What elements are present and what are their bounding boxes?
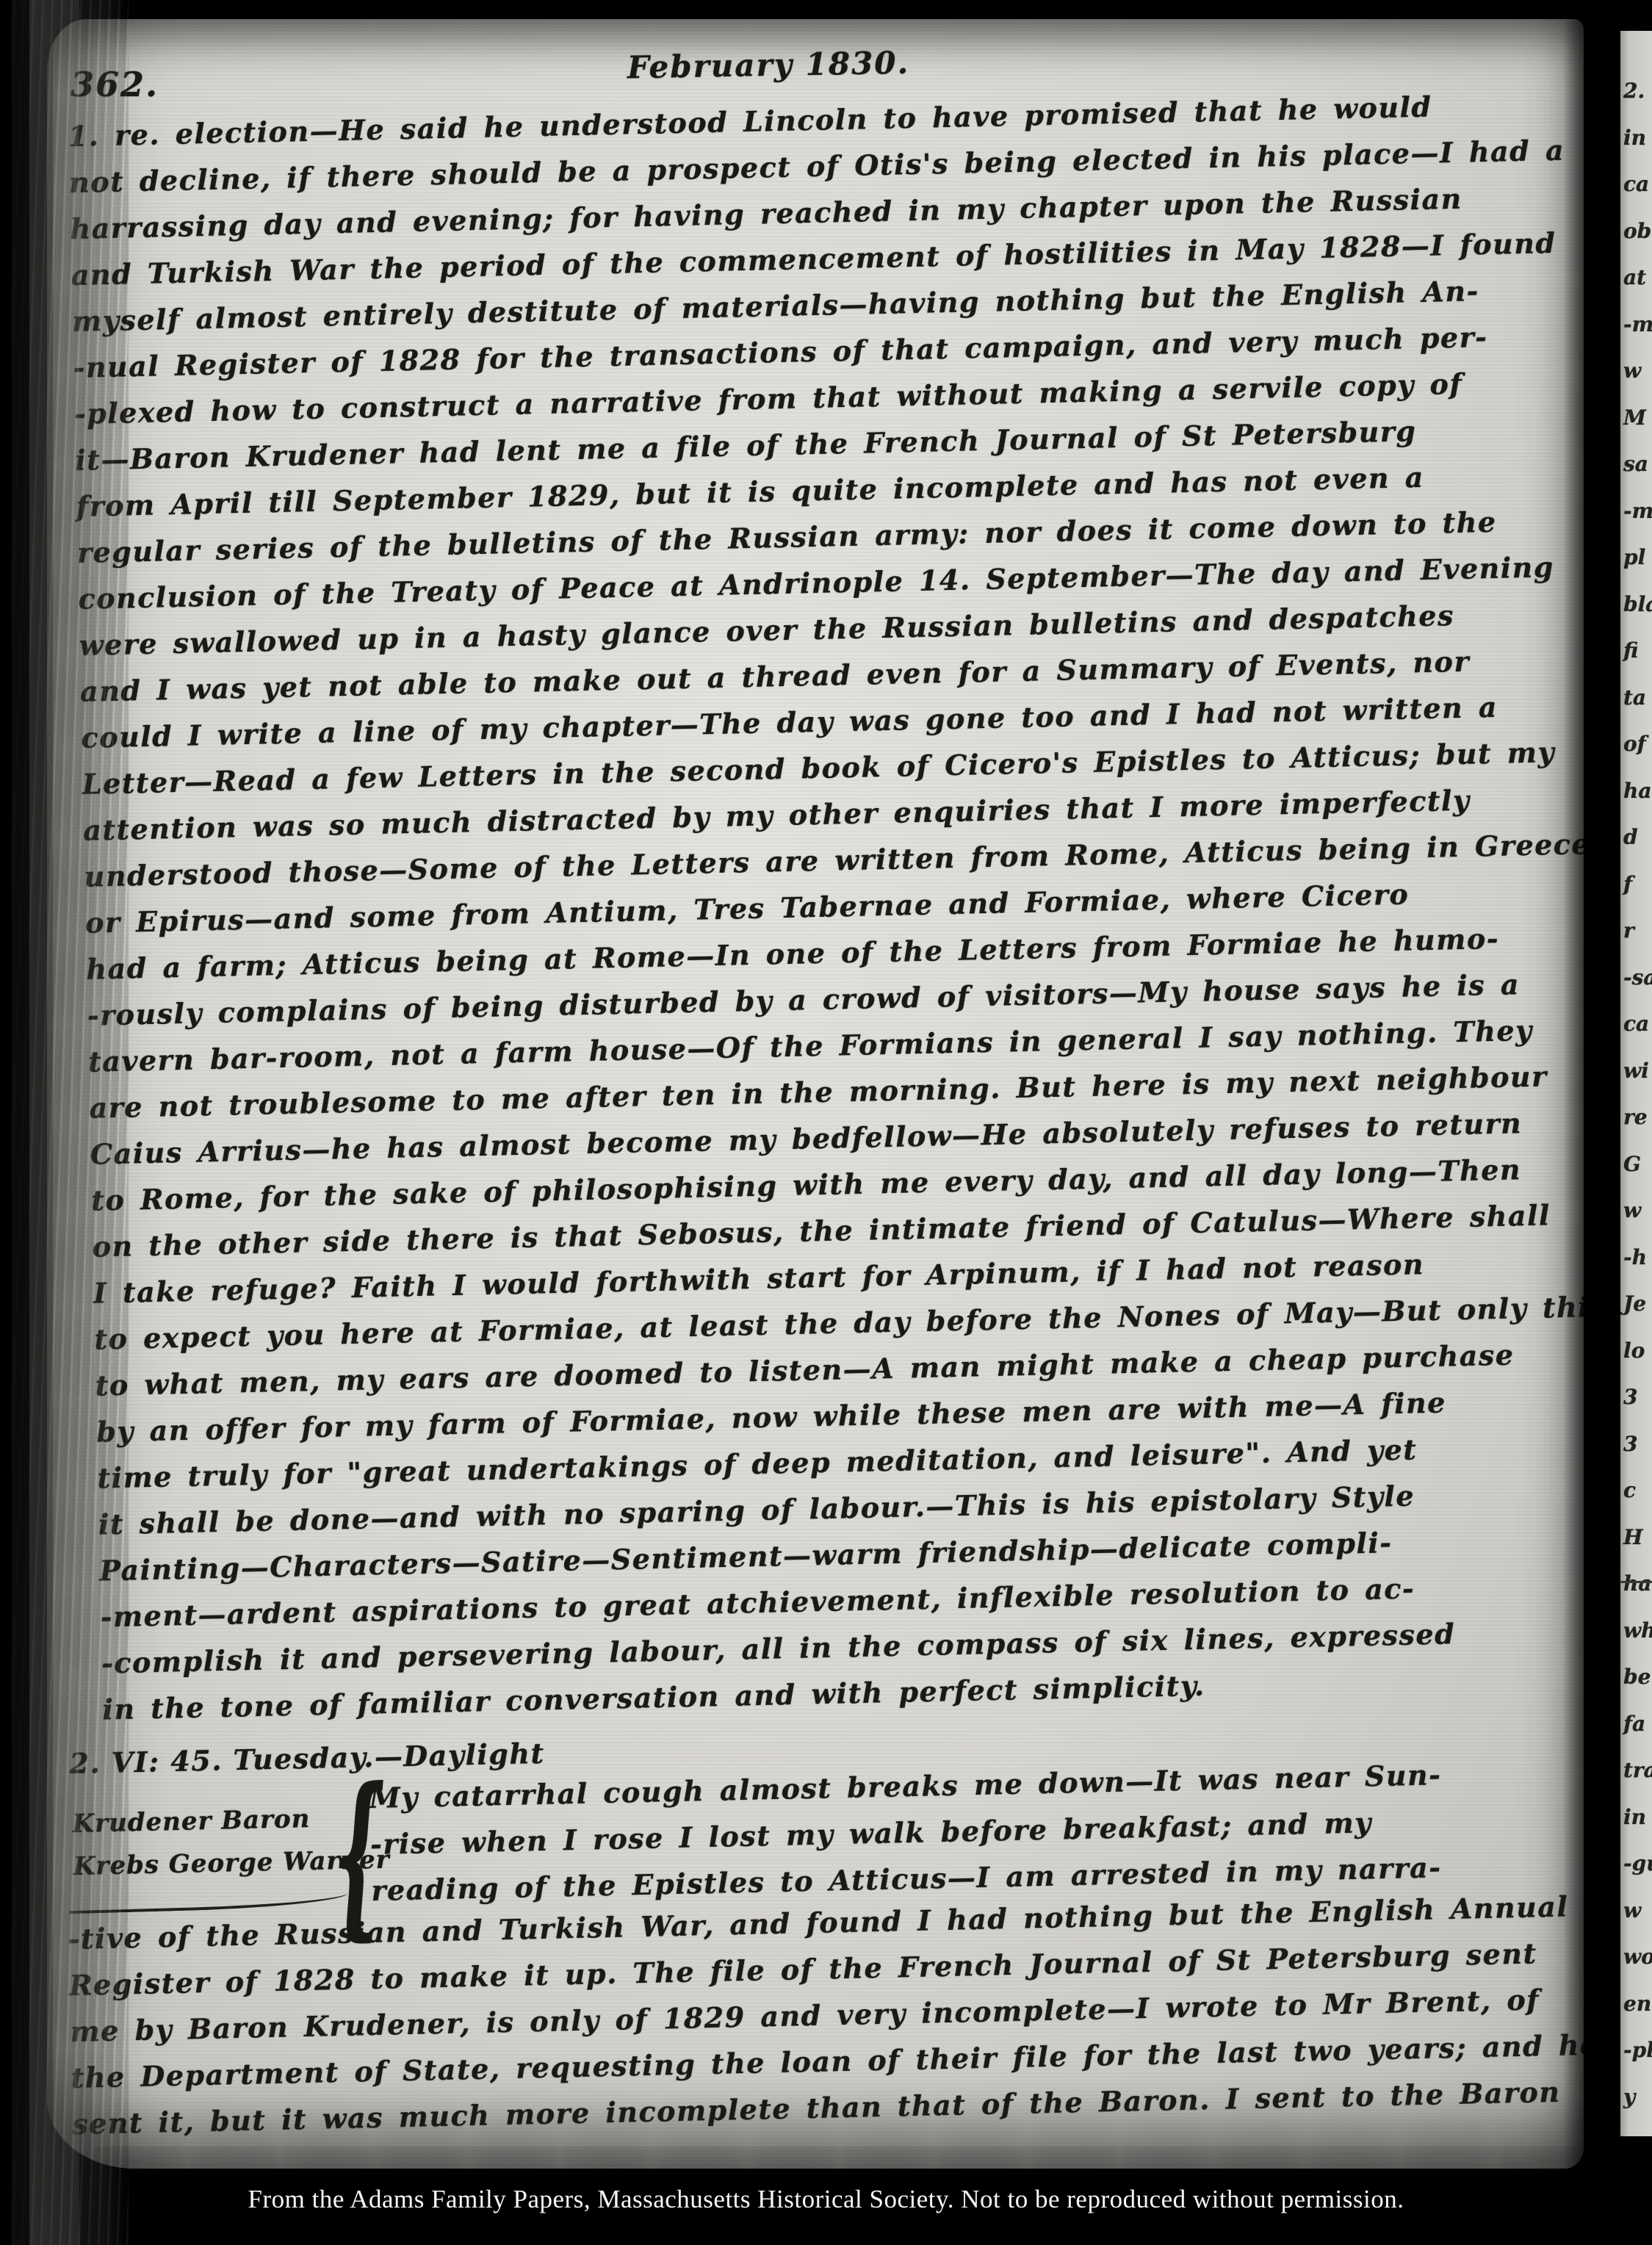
text-fragment: be (1623, 1654, 1652, 1701)
text-fragment: tra (1623, 1747, 1652, 1794)
text-fragment: -gu (1623, 1840, 1652, 1887)
text-fragment: pl (1623, 534, 1652, 581)
text-fragment: ta (1623, 674, 1652, 721)
scanned-diary-page: 362. February 1830. 1. re. election—He s… (0, 0, 1652, 2245)
text-fragment: -m (1623, 488, 1652, 535)
facing-page-margin-rule (1620, 1581, 1652, 1583)
text-fragment: H (1623, 1514, 1652, 1561)
text-fragment: y (1623, 2074, 1652, 2121)
manuscript-page: 362. February 1830. 1. re. election—He s… (47, 19, 1584, 2169)
text-fragment: lo (1623, 1327, 1652, 1374)
text-fragment: d (1623, 814, 1652, 861)
text-fragment: 3 (1623, 1374, 1652, 1421)
text-fragment: wo (1623, 1934, 1652, 1981)
text-fragment: w (1623, 1887, 1652, 1934)
text-fragment: ca (1623, 1001, 1652, 1048)
text-fragment: ob (1623, 208, 1652, 255)
facing-page-sliver: 2.incaobat-mwMsa-mplblafitaofhadfr-sacaw… (1615, 31, 1652, 2136)
text-fragment: fi (1623, 627, 1652, 674)
text-fragment: ha (1623, 1560, 1652, 1607)
text-fragment: sa (1623, 441, 1652, 488)
text-fragment: -sa (1623, 954, 1652, 1001)
text-fragment: w (1623, 347, 1652, 394)
text-fragment: of (1623, 721, 1652, 768)
text-fragment: 3 (1623, 1421, 1652, 1468)
text-fragment: -h (1623, 1234, 1652, 1281)
text-fragment: ha (1623, 768, 1652, 815)
text-fragment: wh (1623, 1607, 1652, 1654)
text-fragment: fa (1623, 1701, 1652, 1748)
text-fragment: -m (1623, 301, 1652, 348)
month-year-header: February 1830. (627, 45, 910, 86)
text-fragment: bla (1623, 581, 1652, 628)
page-number: 362. (71, 65, 159, 104)
archive-credit-line: From the Adams Family Papers, Massachuse… (0, 2185, 1652, 2214)
text-fragment: at (1623, 254, 1652, 301)
text-fragment: f (1623, 861, 1652, 908)
text-fragment: in l (1623, 1794, 1652, 1841)
diary-entry-2-text: -tive of the Russian and Turkish War, an… (68, 1883, 1578, 2147)
diary-entry-1-text: 1. re. election—He said he understood Li… (68, 80, 1584, 1732)
facing-page-text-fragments: 2.incaobat-mwMsa-mplblafitaofhadfr-sacaw… (1615, 31, 1652, 2120)
text-fragment: M (1623, 394, 1652, 442)
text-fragment: c (1623, 1467, 1652, 1514)
text-fragment: ca (1623, 161, 1652, 208)
text-fragment: Je (1623, 1280, 1652, 1327)
text-fragment: en (1623, 1981, 1652, 2028)
text-fragment: w (1623, 1187, 1652, 1234)
text-fragment: r (1623, 907, 1652, 954)
text-fragment: in (1623, 115, 1652, 162)
text-fragment: G (1623, 1141, 1652, 1188)
text-fragment: -pl (1623, 2027, 1652, 2074)
text-fragment: wi (1623, 1048, 1652, 1095)
text-fragment: re (1623, 1094, 1652, 1141)
text-fragment: 2. (1623, 68, 1652, 115)
